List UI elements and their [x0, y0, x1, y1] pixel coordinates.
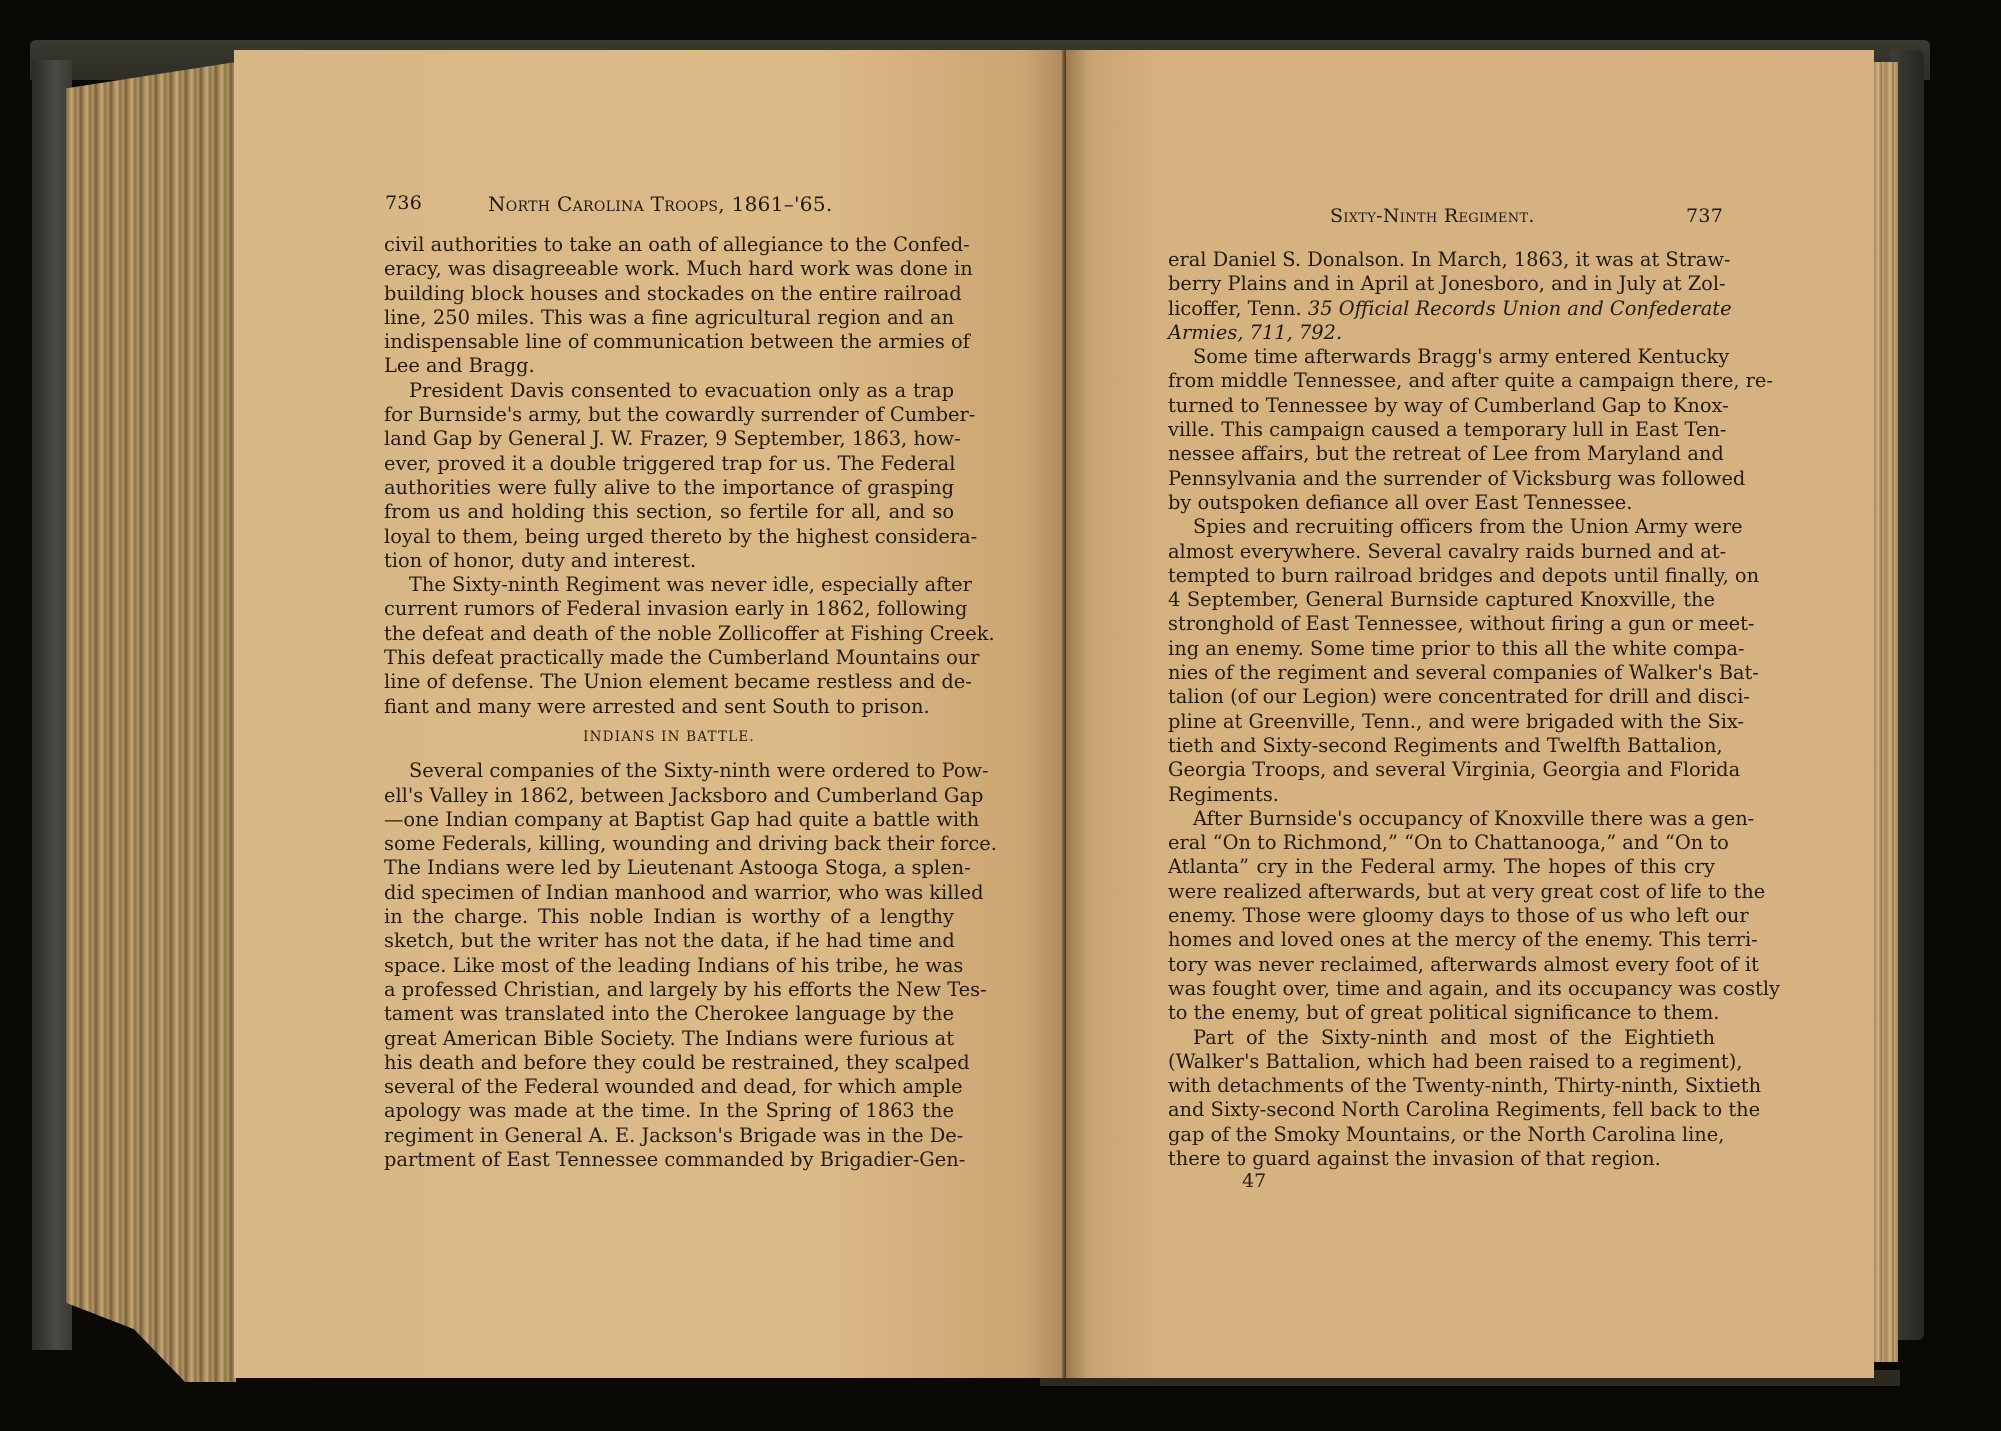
text-line: nies of the regiment and several compani…	[1168, 661, 1715, 685]
text-line: The Sixty-ninth Regiment was never idle,…	[384, 573, 954, 597]
text-line: by outspoken defiance all over East Tenn…	[1168, 491, 1715, 515]
text-line: did specimen of Indian manhood and warri…	[384, 881, 954, 905]
text-line: Some time afterwards Bragg's army entere…	[1168, 345, 1715, 369]
text-line: space. Like most of the leading Indians …	[384, 954, 954, 978]
text-line: to the enemy, but of great political sig…	[1168, 1001, 1715, 1025]
text-line: sketch, but the writer has not the data,…	[384, 929, 954, 953]
text-line: great American Bible Society. The Indian…	[384, 1027, 954, 1051]
paragraph: President Davis consented to evacuation …	[384, 379, 954, 573]
text-line: the defeat and death of the noble Zollic…	[384, 622, 954, 646]
text-line: Part of the Sixty-ninth and most of the …	[1168, 1026, 1715, 1050]
text-line: Atlanta” cry in the Federal army. The ho…	[1168, 855, 1715, 879]
text-line: line, 250 miles. This was a fine agricul…	[384, 306, 954, 330]
text-line: almost everywhere. Several cavalry raids…	[1168, 540, 1715, 564]
text-line: partment of East Tennessee commanded by …	[384, 1148, 954, 1172]
right-running-head: Sixty-Ninth Regiment.	[1330, 205, 1535, 227]
signature-mark: 47	[1242, 1170, 1266, 1192]
text-roman: licoffer, Tenn.	[1168, 297, 1308, 320]
text-line: licoffer, Tenn. 35 Official Records Unio…	[1168, 297, 1715, 321]
text-line: line of defense. The Union element becam…	[384, 670, 954, 694]
text-line: Georgia Troops, and several Virginia, Ge…	[1168, 758, 1715, 782]
text-line: current rumors of Federal invasion early…	[384, 597, 954, 621]
text-line: regiment in General A. E. Jackson's Brig…	[384, 1124, 954, 1148]
citation-italic: 35 Official Records Union and Confederat…	[1308, 297, 1732, 320]
text-line: several of the Federal wounded and dead,…	[384, 1075, 954, 1099]
fore-edge-left	[66, 62, 236, 1382]
text-line: tempted to burn railroad bridges and dep…	[1168, 564, 1715, 588]
citation-italic-end: Armies, 711, 792.	[1168, 321, 1715, 345]
text-line: —one Indian company at Baptist Gap had q…	[384, 808, 954, 832]
paragraph: eral Daniel S. Donalson. In March, 1863,…	[1168, 248, 1715, 297]
left-page-number: 736	[385, 192, 422, 214]
text-line: nessee affairs, but the retreat of Lee f…	[1168, 442, 1715, 466]
text-line: tament was translated into the Cherokee …	[384, 1002, 954, 1026]
text-line: pline at Greenville, Tenn., and were bri…	[1168, 710, 1715, 734]
left-page-body: civil authorities to take an oath of all…	[384, 233, 954, 1172]
text-line: with detachments of the Twenty-ninth, Th…	[1168, 1074, 1715, 1098]
right-page-number: 737	[1686, 205, 1723, 227]
paragraph: Some time afterwards Bragg's army entere…	[1168, 345, 1715, 515]
text-line: tory was never reclaimed, afterwards alm…	[1168, 953, 1715, 977]
text-line: 4 September, General Burnside captured K…	[1168, 588, 1715, 612]
text-line: from middle Tennessee, and after quite a…	[1168, 369, 1715, 393]
paragraph: After Burnside's occupancy of Knoxville …	[1168, 807, 1715, 1026]
text-line: Pennsylvania and the surrender of Vicksb…	[1168, 467, 1715, 491]
text-line: land Gap by General J. W. Frazer, 9 Sept…	[384, 427, 954, 451]
text-line: were realized afterwards, but at very gr…	[1168, 880, 1715, 904]
text-line: talion (of our Legion) were concentrated…	[1168, 685, 1715, 709]
text-line: civil authorities to take an oath of all…	[384, 233, 954, 257]
text-line: apology was made at the time. In the Spr…	[384, 1099, 954, 1123]
text-line: his death and before they could be restr…	[384, 1051, 954, 1075]
text-line: Regiments.	[1168, 783, 1715, 807]
text-line: from us and holding this section, so fer…	[384, 500, 954, 524]
text-line: ing an enemy. Some time prior to this al…	[1168, 637, 1715, 661]
paragraph: Part of the Sixty-ninth and most of the …	[1168, 1026, 1715, 1172]
text-line: turned to Tennessee by way of Cumberland…	[1168, 394, 1715, 418]
text-line: ever, proved it a double triggered trap …	[384, 452, 954, 476]
text-line: ell's Valley in 1862, between Jacksboro …	[384, 784, 954, 808]
left-running-head: North Carolina Troops, 1861–'65.	[488, 192, 833, 216]
text-line: loyal to them, being urged thereto by th…	[384, 525, 954, 549]
fore-edge-right	[1870, 62, 1898, 1362]
text-line: berry Plains and in April at Jonesboro, …	[1168, 272, 1715, 296]
text-line: building block houses and stockades on t…	[384, 282, 954, 306]
paragraph: Spies and recruiting officers from the U…	[1168, 515, 1715, 807]
text-line: a professed Christian, and largely by hi…	[384, 978, 954, 1002]
text-line: The Indians were led by Lieutenant Astoo…	[384, 856, 954, 880]
text-line: (Walker's Battalion, which had been rais…	[1168, 1050, 1715, 1074]
text-line: fiant and many were arrested and sent So…	[384, 695, 954, 719]
text-line: in the charge. This noble Indian is wort…	[384, 905, 954, 929]
text-line: tion of honor, duty and interest.	[384, 549, 954, 573]
text-line: eral Daniel S. Donalson. In March, 1863,…	[1168, 248, 1715, 272]
text-line: Spies and recruiting officers from the U…	[1168, 515, 1715, 539]
text-line: tieth and Sixty-second Regiments and Twe…	[1168, 734, 1715, 758]
text-line: there to guard against the invasion of t…	[1168, 1147, 1715, 1171]
paragraph: civil authorities to take an oath of all…	[384, 233, 954, 379]
text-line: stronghold of East Tennessee, without fi…	[1168, 612, 1715, 636]
text-line: ville. This campaign caused a temporary …	[1168, 418, 1715, 442]
paragraph: Several companies of the Sixty-ninth wer…	[384, 759, 954, 1172]
text-line: indispensable line of communication betw…	[384, 330, 954, 354]
text-line: eracy, was disagreeable work. Much hard …	[384, 257, 954, 281]
text-line: Lee and Bragg.	[384, 354, 954, 378]
text-line: homes and loved ones at the mercy of the…	[1168, 928, 1715, 952]
text-line: and Sixty-second North Carolina Regiment…	[1168, 1098, 1715, 1122]
paragraph: The Sixty-ninth Regiment was never idle,…	[384, 573, 954, 719]
text-line: This defeat practically made the Cumberl…	[384, 646, 954, 670]
text-line: authorities were fully alive to the impo…	[384, 476, 954, 500]
text-line: enemy. Those were gloomy days to those o…	[1168, 904, 1715, 928]
text-line: was fought over, time and again, and its…	[1168, 977, 1715, 1001]
section-heading: INDIANS IN BATTLE.	[384, 725, 954, 749]
text-line: Several companies of the Sixty-ninth wer…	[384, 759, 954, 783]
text-line: for Burnside's army, but the cowardly su…	[384, 403, 954, 427]
text-line: some Federals, killing, wounding and dri…	[384, 832, 954, 856]
text-line: eral “On to Richmond,” “On to Chattanoog…	[1168, 831, 1715, 855]
text-line: President Davis consented to evacuation …	[384, 379, 954, 403]
text-line: After Burnside's occupancy of Knoxville …	[1168, 807, 1715, 831]
right-page-body: eral Daniel S. Donalson. In March, 1863,…	[1168, 248, 1715, 1171]
text-line: gap of the Smoky Mountains, or the North…	[1168, 1123, 1715, 1147]
